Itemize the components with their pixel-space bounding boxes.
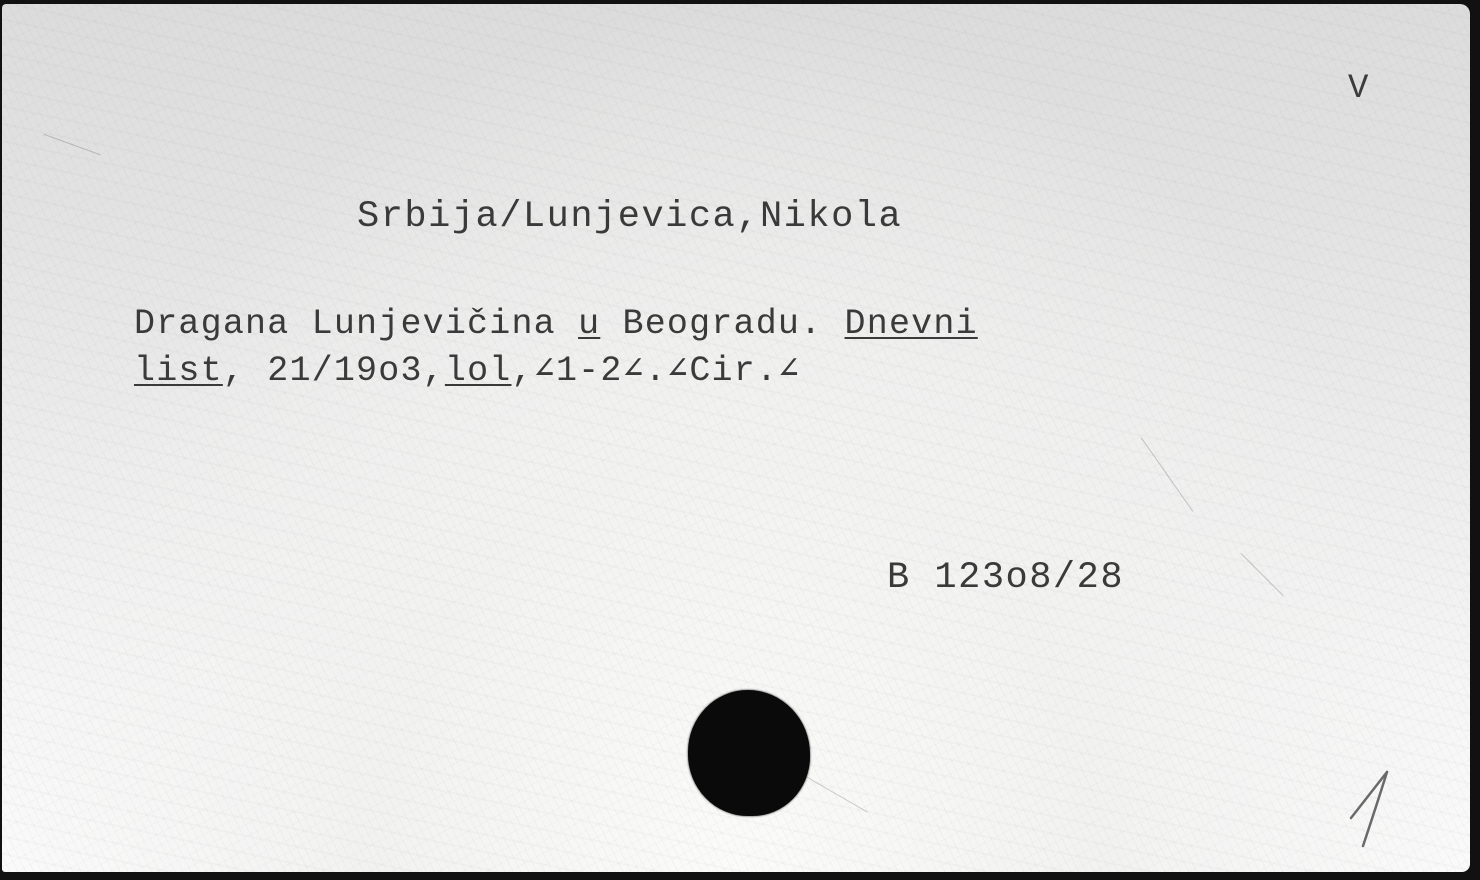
entry-line-1: Dragana Lunjevičina u Beogradu. Dnevni [134, 304, 978, 344]
entry-underlined-u: u [578, 304, 600, 344]
paper-fiber [44, 134, 101, 155]
shelfmark: B 123o8/28 [887, 557, 1124, 599]
paper-fiber [806, 777, 867, 813]
entry-line-2: list, 21/19o3,lol,∠1-2∠.∠Cir.∠ [134, 349, 800, 391]
pencil-annotation-icon [1347, 764, 1397, 864]
entry-periodical-title-1: Dnevni [845, 304, 978, 344]
corner-mark: V [1348, 70, 1369, 108]
punch-hole [688, 690, 810, 816]
catalog-card: V Srbija/Lunjevica,Nikola Dragana Lunjev… [2, 4, 1470, 872]
paper-fiber [1141, 437, 1193, 511]
entry-periodical-title-2: list [134, 351, 223, 391]
entry-pagination-script: ,∠1-2∠.∠Cir.∠ [512, 351, 801, 391]
paper-fiber [1240, 553, 1283, 596]
scan-frame: V Srbija/Lunjevica,Nikola Dragana Lunjev… [0, 0, 1480, 880]
entry-place: Beogradu. [600, 304, 844, 344]
entry-author-title: Dragana Lunjevičina [134, 304, 578, 344]
entry-page: lol [445, 351, 512, 391]
subject-heading: Srbija/Lunjevica,Nikola [357, 196, 902, 238]
entry-issue: , 21/19o3, [223, 351, 445, 391]
